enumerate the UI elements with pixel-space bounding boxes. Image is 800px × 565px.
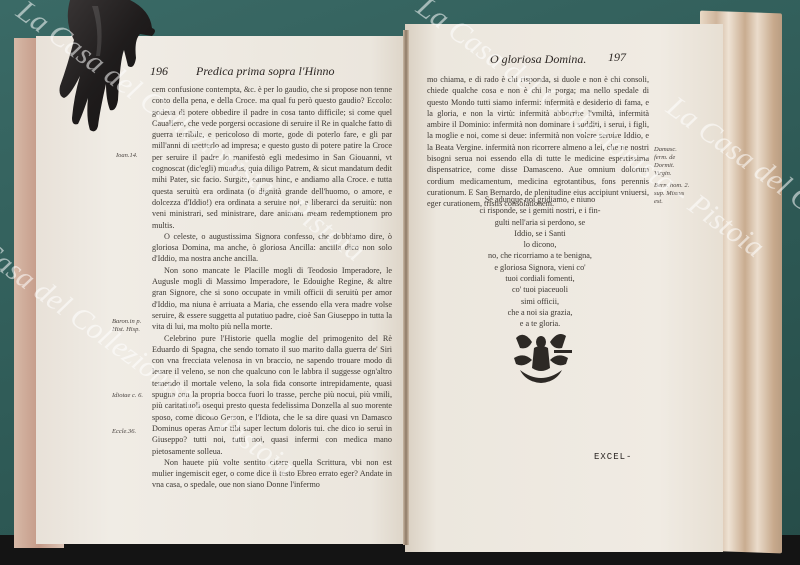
- right-page-tailpiece-text: Se adunque noi gridiamo, e niuno ci risp…: [440, 194, 640, 330]
- left-margin-note-3: Idiotae c. 6.: [112, 392, 146, 400]
- right-paragraph-1: mo chiama, e di rado è chi risponda, si …: [427, 74, 649, 210]
- centered-line: no, che ricorriamo a te benigna,: [440, 250, 640, 261]
- centered-line: tuoi cordiali fomenti,: [440, 273, 640, 284]
- centered-line: simi officii,: [440, 296, 640, 307]
- left-paragraph-4: Celebrino pure l'Historie quella moglie …: [152, 333, 392, 457]
- centered-line: Iddio, se i Santi: [440, 228, 640, 239]
- centered-line: Se adunque noi gridiamo, e niuno: [440, 194, 640, 205]
- left-page-text: cem confusione contempta, &c. è per lo g…: [152, 84, 392, 491]
- right-catchword: EXCEL-: [594, 452, 632, 462]
- centered-line: co' tuoi piaceuoli: [440, 284, 640, 295]
- centered-line: che a noi sia grazia,: [440, 307, 640, 318]
- bronze-hand-paperweight-icon: [40, 0, 160, 135]
- right-page-text: mo chiama, e di rado è chi risponda, si …: [427, 74, 649, 210]
- right-page-number: 197: [608, 50, 626, 65]
- right-running-head: O gloriosa Domina.: [490, 52, 586, 67]
- left-margin-note-1: Ioan.14.: [116, 152, 148, 160]
- left-paragraph-3: Non sono mancate le Placille mogli di Te…: [152, 265, 392, 333]
- right-margin-note-2: Bern. hom. 2. sup. Missus est.: [654, 182, 690, 206]
- centered-line: lo dicono,: [440, 239, 640, 250]
- woodcut-ornament-icon: [506, 328, 576, 383]
- centered-line: e gloriosa Signora, vieni co': [440, 262, 640, 273]
- left-paragraph-1: cem confusione contempta, &c. è per lo g…: [152, 84, 392, 231]
- right-margin-note-1: Damasc. ferm. de Dormit. Virgin.: [654, 146, 690, 178]
- left-running-head: Predica prima sopra l'Hinno: [196, 64, 334, 79]
- left-paragraph-5: Non hauete più volte sentito citare quel…: [152, 457, 392, 491]
- left-margin-note-2: Baron.in p. Hist. Hisp.: [112, 318, 146, 334]
- centered-line: gulti nell'aria si perdono, se: [440, 217, 640, 228]
- book-gutter: [403, 30, 409, 545]
- left-margin-note-4: Eccle.36.: [112, 428, 146, 436]
- left-paragraph-2: O celeste, o augustissima Signora confes…: [152, 231, 392, 265]
- centered-line: ci risponde, se i gemiti nostri, e i fin…: [440, 205, 640, 216]
